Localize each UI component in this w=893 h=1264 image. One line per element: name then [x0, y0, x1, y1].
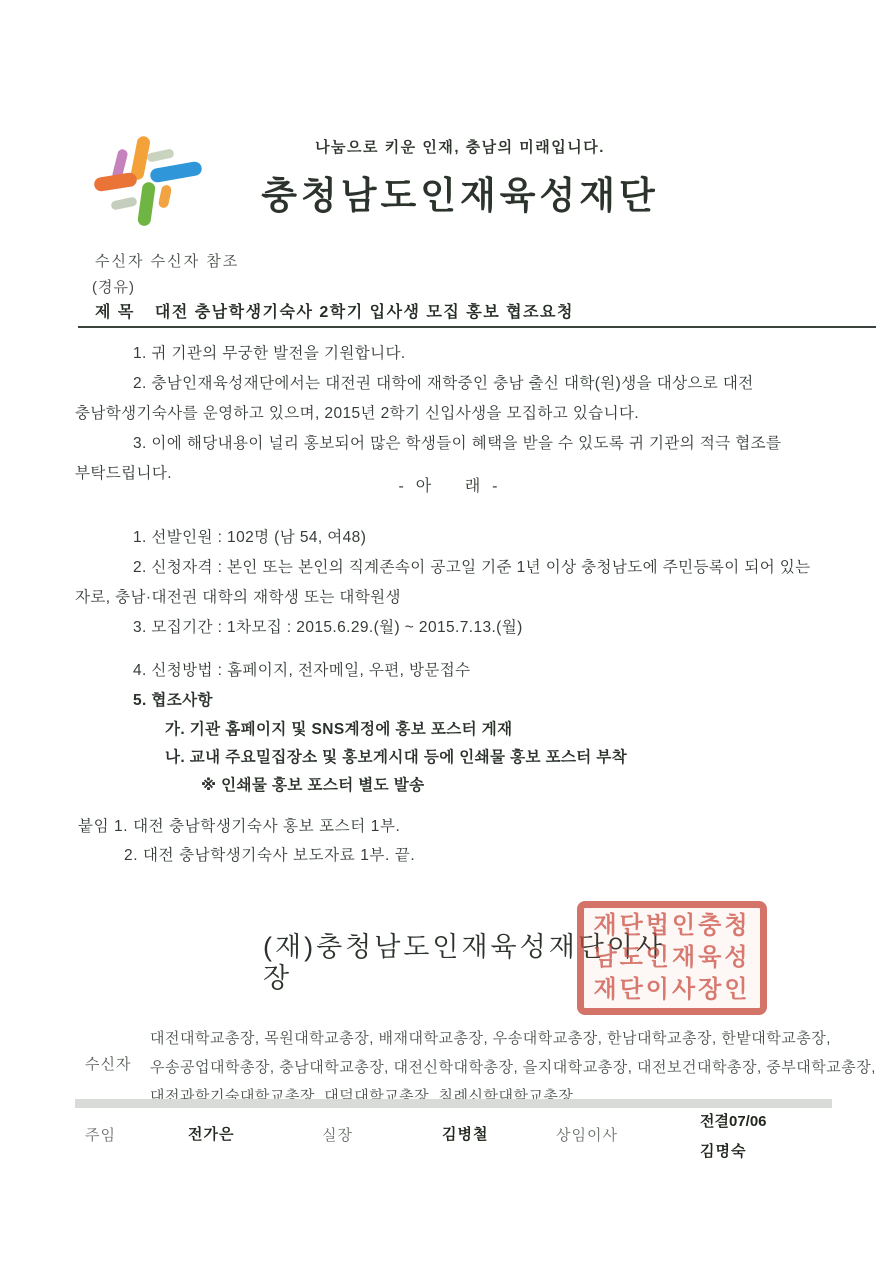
subject-label: 제 목 — [95, 299, 135, 322]
logo-stroke-orange-small — [158, 184, 173, 209]
attachments: 붙임 1. 대전 충남학생기숙사 홍보 포스터 1부. 2. 대전 충남학생기숙… — [78, 812, 415, 870]
divider-band — [75, 1099, 832, 1108]
subject-row: 제 목 대전 충남학생기숙사 2학기 입사생 모집 홍보 협조요청 — [95, 299, 574, 322]
via-line: (경유) — [92, 276, 135, 297]
recipients-label: 수신자 — [85, 1053, 131, 1074]
approver-role-3: 상임이사 — [556, 1124, 618, 1145]
recipients-list: 대전대학교총장, 목원대학교총장, 배재대학교총장, 우송대학교총장, 한남대학… — [150, 1024, 887, 1111]
logo-stroke-sage-bottomleft — [110, 196, 137, 210]
logo-stroke-red-left — [93, 172, 138, 193]
detail-item-period: 3. 모집기간 : 1차모집 : 2015.6.29.(월) ~ 2015.7.… — [75, 613, 825, 643]
approver-role-1: 주임 — [85, 1124, 116, 1145]
approver-name-1: 전가은 — [188, 1123, 234, 1144]
logo-stroke-sage-topright — [146, 148, 174, 162]
attachment-line-1: 붙임 1. 대전 충남학생기숙사 홍보 포스터 1부. — [78, 812, 415, 841]
detail-item-eligibility: 2. 신청자격 : 본인 또는 본인의 직계존속이 공고일 기준 1년 이상 충… — [75, 553, 825, 613]
recipient-reference-line: 수신자 수신자 참조 — [95, 250, 239, 271]
detail-item-apply-method: 4. 신청방법 : 홈페이지, 전자메일, 우편, 방문접수 — [75, 656, 825, 686]
cooperation-sub-item-b: 나. 교내 주요밀집장소 및 홍보게시대 등에 인쇄물 홍보 포스터 부착 — [75, 744, 825, 772]
official-red-seal: 재단법인충청 남도인재육성 재단이사장인 — [577, 901, 767, 1015]
subject-underline-rule — [78, 326, 876, 328]
organization-title: 충청남도인재육성재단 — [200, 165, 720, 219]
detail-list: 1. 선발인원 : 102명 (남 54, 여48) 2. 신청자격 : 본인 … — [75, 523, 825, 800]
body-paragraphs: 1. 귀 기관의 무궁한 발전을 기원합니다. 2. 충남인재육성재단에서는 대… — [75, 339, 822, 489]
approval-line: 주임 전가은 실장 김병철 상임이사 전결07/06 김명숙 — [0, 1108, 893, 1168]
body-paragraph-2: 2. 충남인재육성재단에서는 대전권 대학에 재학중인 충남 출신 대학(원)생… — [75, 369, 822, 429]
logo-stroke-green-bottom — [137, 181, 156, 226]
detail-item-cooperation: 5. 협조사항 — [75, 686, 825, 716]
approver-name-2: 김병철 — [442, 1123, 488, 1144]
cooperation-note: ※ 인쇄물 홍보 포스터 별도 발송 — [75, 772, 825, 800]
below-section-title: - 아 래 - — [75, 473, 822, 496]
cooperation-sub-item-a: 가. 기관 홈페이지 및 SNS계정에 홍보 포스터 게재 — [75, 716, 825, 744]
seal-text-row-1: 재단법인충청 — [593, 910, 750, 942]
logo-stroke-blue — [149, 161, 203, 184]
seal-text-row-3: 재단이사장인 — [593, 974, 750, 1006]
seal-text-row-2: 남도인재육성 — [593, 942, 750, 974]
approver-name-3: 김명숙 — [700, 1140, 746, 1161]
attachment-line-2: 2. 대전 충남학생기숙사 보도자료 1부. 끝. — [78, 841, 415, 870]
header-slogan: 나눔으로 키운 인재, 충남의 미래입니다. — [200, 136, 720, 157]
delegation-mark: 전결07/06 — [700, 1110, 767, 1131]
subject-text: 대전 충남학생기숙사 2학기 입사생 모집 홍보 협조요청 — [155, 299, 574, 322]
approver-role-2: 실장 — [322, 1124, 353, 1145]
document-page: 나눔으로 키운 인재, 충남의 미래입니다. 충청남도인재육성재단 수신자 수신… — [0, 0, 893, 1264]
body-paragraph-1: 1. 귀 기관의 무궁한 발전을 기원합니다. — [75, 339, 822, 369]
detail-item-selection-count: 1. 선발인원 : 102명 (남 54, 여48) — [75, 523, 825, 553]
pinwheel-foundation-logo-icon — [93, 127, 203, 237]
